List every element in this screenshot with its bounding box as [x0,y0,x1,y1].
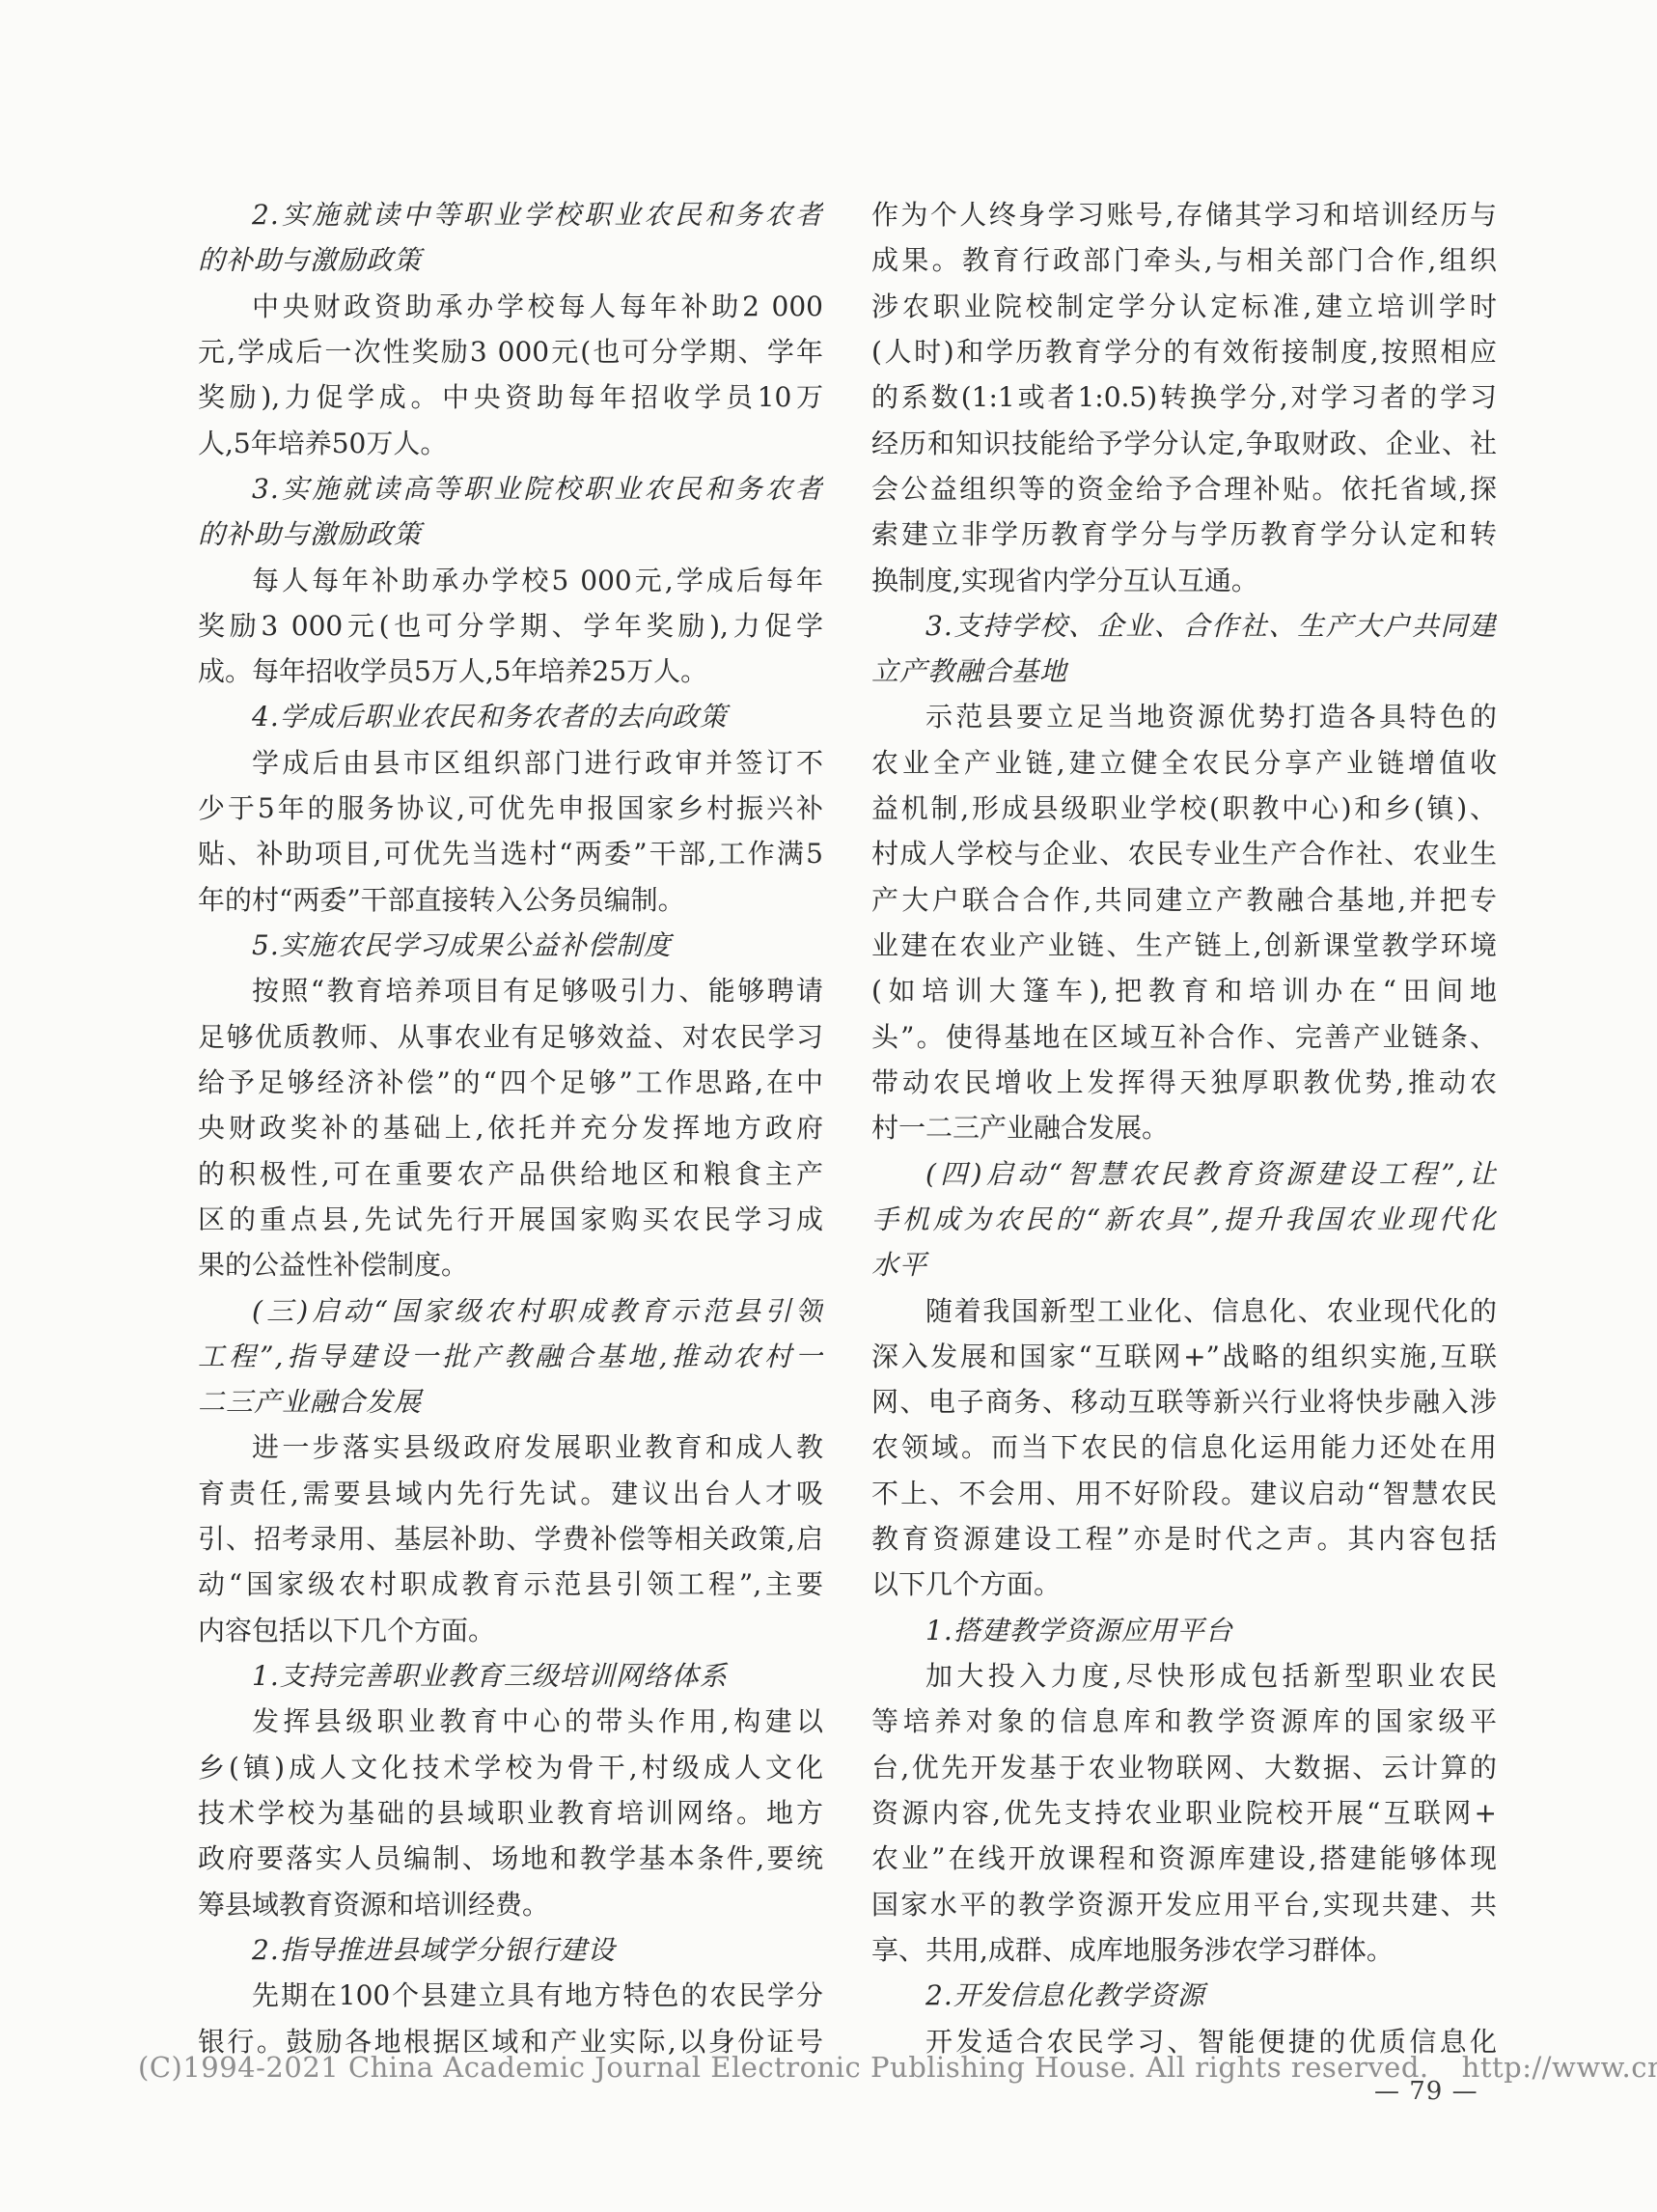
text-line: 的补助与激励政策 [198,512,823,557]
text-line: 示范县要立足当地资源优势打造各具特色的 [871,694,1497,739]
text-line: (人时)和学历教育学分的有效衔接制度,按照相应 [871,329,1497,374]
text-line: 筹县域教育资源和培训经费。 [198,1882,823,1927]
text-line: 2.开发信息化教学资源 [871,1973,1497,2018]
column-right: 作为个人终身学习账号,存储其学习和培训经历与成果。教育行政部门牵头,与相关部门合… [871,192,1497,2064]
text-line: 索建立非学历教育学分与学历教育学分认定和转 [871,512,1497,557]
text-line: 发挥县级职业教育中心的带头作用,构建以 [198,1699,823,1744]
footer-url: http://www.cnki.net [1462,2051,1657,2084]
text-line: 中央财政资助承办学校每人每年补助2 000 [198,284,823,329]
page: 2.实施就读中等职业学校职业农民和务农者的补助与激励政策中央财政资助承办学校每人… [0,0,1657,2212]
text-line: 加大投入力度,尽快形成包括新型职业农民 [871,1653,1497,1699]
text-line: 足够优质教师、从事农业有足够效益、对农民学习 [198,1014,823,1060]
text-line: 享、共用,成群、成库地服务涉农学习群体。 [871,1927,1497,1973]
text-line: (三)启动“国家级农村职成教育示范县引领 [198,1288,823,1334]
text-line: 村成人学校与企业、农民专业生产合作社、农业生 [871,831,1497,876]
text-line: 会公益组织等的资金给予合理补贴。依托省域,探 [871,466,1497,512]
text-line: 人,5年培养50万人。 [198,421,823,466]
text-line: 贴、补助项目,可优先当选村“两委”干部,工作满5 [198,831,823,876]
text-line: 工程”,指导建设一批产教融合基地,推动农村一 [198,1334,823,1379]
text-line: 奖励3 000元(也可分学期、学年奖励),力促学 [198,603,823,649]
text-line: (如培训大篷车),把教育和培训办在“田间地 [871,968,1497,1013]
copyright-text: (C)1994-2021 China Academic Journal Elec… [138,2051,1429,2084]
text-line: 以下几个方面。 [871,1562,1497,1607]
text-line: 村一二三产业融合发展。 [871,1105,1497,1150]
text-line: 的补助与激励政策 [198,237,823,283]
text-line: 政府要落实人员编制、场地和教学基本条件,要统 [198,1836,823,1881]
text-line: 动“国家级农村职成教育示范县引领工程”,主要 [198,1562,823,1607]
text-line: 网、电子商务、移动互联等新兴行业将快步融入涉 [871,1379,1497,1424]
text-line: 内容包括以下几个方面。 [198,1608,823,1653]
text-line: 经历和知识技能给予学分认定,争取财政、企业、社 [871,421,1497,466]
text-line: 央财政奖补的基础上,依托并充分发挥地方政府 [198,1105,823,1150]
text-line: 先期在100个县建立具有地方特色的农民学分 [198,1973,823,2018]
text-line: 业建在农业产业链、生产链上,创新课堂教学环境 [871,923,1497,968]
text-line: 5.实施农民学习成果公益补偿制度 [198,923,823,968]
page-number: — 79 — [1374,2077,1478,2106]
text-line: 带动农民增收上发挥得天独厚职教优势,推动农 [871,1060,1497,1105]
text-line: 的积极性,可在重要农产品供给地区和粮食主产 [198,1151,823,1197]
text-line: 二三产业融合发展 [198,1379,823,1424]
text-line: 作为个人终身学习账号,存储其学习和培训经历与 [871,192,1497,237]
column-left: 2.实施就读中等职业学校职业农民和务农者的补助与激励政策中央财政资助承办学校每人… [198,192,823,2064]
text-line: 随着我国新型工业化、信息化、农业现代化的 [871,1288,1497,1334]
text-line: 国家水平的教学资源开发应用平台,实现共建、共 [871,1882,1497,1927]
text-line: 学成后由县市区组织部门进行政审并签订不 [198,740,823,786]
text-line: 水平 [871,1242,1497,1287]
text-line: 元,学成后一次性奖励3 000元(也可分学期、学年 [198,329,823,374]
text-line: 进一步落实县级政府发展职业教育和成人教 [198,1424,823,1470]
text-line: 涉农职业院校制定学分认定标准,建立培训学时 [871,284,1497,329]
text-line: 给予足够经济补偿”的“四个足够”工作思路,在中 [198,1060,823,1105]
text-line: 农业”在线开放课程和资源库建设,搭建能够体现 [871,1836,1497,1881]
text-line: 手机成为农民的“新农具”,提升我国农业现代化 [871,1197,1497,1242]
text-line: 等培养对象的信息库和教学资源库的国家级平 [871,1699,1497,1744]
text-line: 奖励),力促学成。中央资助每年招收学员10万 [198,374,823,420]
text-line: 区的重点县,先试先行开展国家购买农民学习成 [198,1197,823,1242]
text-line: 1.搭建教学资源应用平台 [871,1608,1497,1653]
text-line: 年的村“两委”干部直接转入公务员编制。 [198,877,823,923]
text-line: 引、招考录用、基层补助、学费补偿等相关政策,启 [198,1516,823,1562]
text-line: 成。每年招收学员5万人,5年培养25万人。 [198,649,823,694]
text-line: 4.学成后职业农民和务农者的去向政策 [198,694,823,739]
text-line: 换制度,实现省内学分互认互通。 [871,558,1497,603]
text-line: 3.支持学校、企业、合作社、生产大户共同建 [871,603,1497,649]
text-line: 少于5年的服务协议,可优先申报国家乡村振兴补 [198,786,823,831]
text-line: 按照“教育培养项目有足够吸引力、能够聘请 [198,968,823,1013]
text-line: 深入发展和国家“互联网+”战略的组织实施,互联 [871,1334,1497,1379]
text-line: 台,优先开发基于农业物联网、大数据、云计算的 [871,1745,1497,1790]
text-line: 3.实施就读高等职业院校职业农民和务农者 [198,466,823,512]
text-line: 资源内容,优先支持农业职业院校开展“互联网+ [871,1790,1497,1836]
text-line: 成果。教育行政部门牵头,与相关部门合作,组织 [871,237,1497,283]
text-line: 2.实施就读中等职业学校职业农民和务农者 [198,192,823,237]
text-line: 产大户联合合作,共同建立产教融合基地,并把专 [871,877,1497,923]
text-line: 教育资源建设工程”亦是时代之声。其内容包括 [871,1516,1497,1562]
text-line: 益机制,形成县级职业学校(职教中心)和乡(镇)、 [871,786,1497,831]
text-line: 育责任,需要县域内先行先试。建议出台人才吸 [198,1471,823,1516]
text-line: 的系数(1:1或者1:0.5)转换学分,对学习者的学习 [871,374,1497,420]
text-line: 1.支持完善职业教育三级培训网络体系 [198,1653,823,1699]
text-line: 乡(镇)成人文化技术学校为骨干,村级成人文化 [198,1745,823,1790]
text-line: (四)启动“智慧农民教育资源建设工程”,让 [871,1151,1497,1197]
text-line: 每人每年补助承办学校5 000元,学成后每年 [198,558,823,603]
text-columns: 2.实施就读中等职业学校职业农民和务农者的补助与激励政策中央财政资助承办学校每人… [198,192,1497,2064]
text-line: 立产教融合基地 [871,649,1497,694]
text-line: 2.指导推进县域学分银行建设 [198,1927,823,1973]
text-line: 果的公益性补偿制度。 [198,1242,823,1287]
text-line: 农领域。而当下农民的信息化运用能力还处在用 [871,1424,1497,1470]
text-line: 不上、不会用、用不好阶段。建议启动“智慧农民 [871,1471,1497,1516]
text-line: 农业全产业链,建立健全农民分享产业链增值收 [871,740,1497,786]
text-line: 技术学校为基础的县域职业教育培训网络。地方 [198,1790,823,1836]
text-line: 头”。使得基地在区域互补合作、完善产业链条、 [871,1014,1497,1060]
